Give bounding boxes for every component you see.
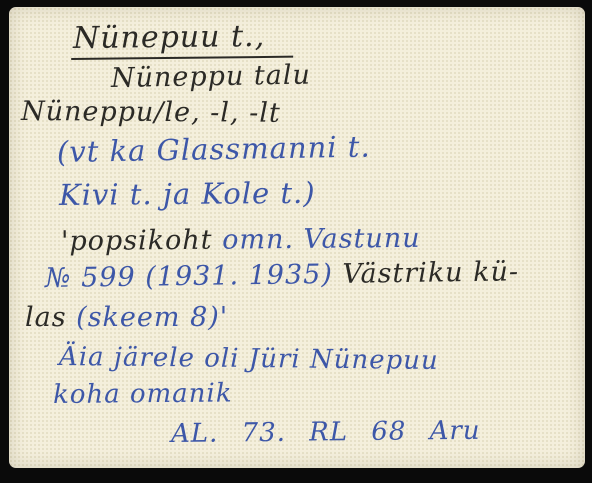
handwritten-line-owner-note-2: koha omanik (53, 378, 233, 410)
card-title: Nünepuu t., (71, 19, 294, 60)
handwritten-line-farm-name: Nüneppu talu (111, 60, 311, 94)
card-title-text: Nünepuu t., (73, 19, 266, 56)
handwritten-line-case-forms: Nüneppu/le, -l, -lt (21, 96, 281, 129)
handwritten-line-owner-note-1: Äia järele oli Jüri Nünepuu (59, 342, 439, 376)
index-card: Nünepuu t., Nüneppu talu Nüneppu/le, -l,… (9, 7, 585, 468)
handwritten-line-village-scheme: las (skeem 8)' (25, 302, 228, 333)
photo-background: Nünepuu t., Nüneppu talu Nüneppu/le, -l,… (0, 0, 592, 483)
handwritten-line-popsikoht: 'popsikoht omn. Vastunu (61, 223, 421, 257)
handwritten-line-references-signature: AL. 73. RL 68 Aru (171, 416, 481, 449)
handwritten-line-see-also-2: Kivi t. ja Kole t.) (59, 176, 316, 212)
handwritten-line-register-number: № 599 (1931. 1935) Västriku kü- (45, 256, 519, 294)
handwritten-line-see-also-1: (vt ka Glassmanni t. (57, 130, 371, 169)
